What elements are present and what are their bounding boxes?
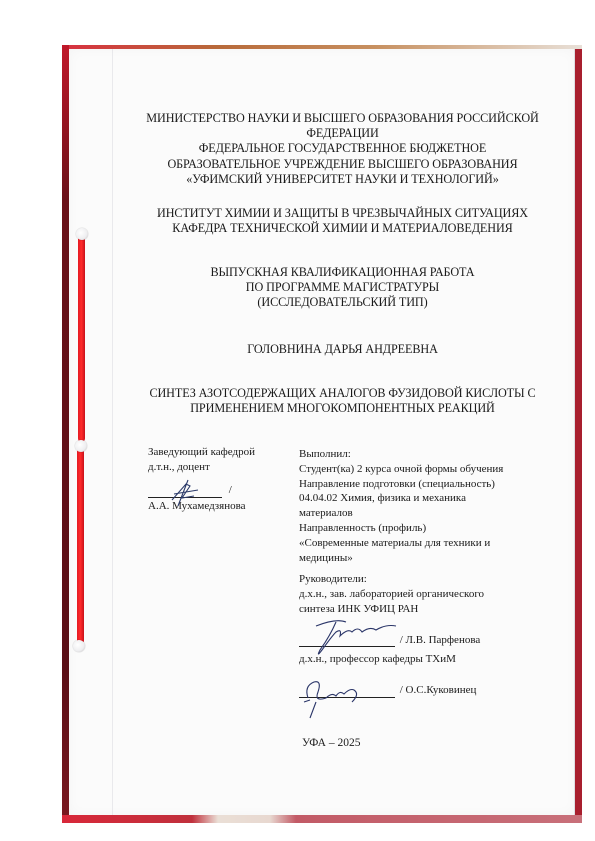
direction-label: Направление подготовки (специальность) (299, 477, 503, 492)
city-year: УФА – 2025 (280, 737, 402, 749)
thesis-title-line-1: СИНТЕЗ АЗОТСОДЕРЖАЩИХ АНАЛОГОВ ФУЗИДОВОЙ… (130, 386, 555, 401)
performer-label: Выполнил: (299, 447, 503, 462)
work-type-line-3: (ИССЛЕДОВАТЕЛЬСКИЙ ТИП) (130, 295, 555, 310)
binding-hole-top (76, 228, 88, 240)
thesis-title: СИНТЕЗ АЗОТСОДЕРЖАЩИХ АНАЛОГОВ ФУЗИДОВОЙ… (130, 386, 555, 416)
head-degree: д.т.н., доцент (148, 460, 255, 475)
binding-hole-bottom (73, 640, 85, 652)
profile-line-2: медицины» (299, 551, 503, 566)
thesis-title-line-2: ПРИМЕНЕНИЕМ МНОГОКОМПОНЕНТНЫХ РЕАКЦИЙ (130, 401, 555, 416)
direction-line-2: материалов (299, 506, 503, 521)
paper-right-edge (574, 49, 575, 815)
supervisor-2-signature-mark (296, 672, 376, 722)
head-role: Заведующий кафедрой (148, 445, 255, 460)
direction-line-1: 04.04.02 Химия, физика и механика (299, 491, 503, 506)
work-type-block: ВЫПУСКНАЯ КВАЛИФИКАЦИОННАЯ РАБОТА ПО ПРО… (130, 265, 555, 311)
folder-spine (62, 45, 69, 823)
ministry-line-2: ФЕДЕРАЦИИ (130, 126, 555, 141)
institution-line-1: ФЕДЕРАЛЬНОЕ ГОСУДАРСТВЕННОЕ БЮДЖЕТНОЕ (130, 141, 555, 156)
performer-student: Студент(ка) 2 курса очной формы обучения (299, 462, 503, 477)
profile-label: Направленность (профиль) (299, 521, 503, 536)
binding-cord-lower (77, 448, 84, 644)
profile-line-1: «Современные материалы для техники и (299, 536, 503, 551)
author-name: ГОЛОВНИНА ДАРЬЯ АНДРЕЕВНА (130, 342, 555, 357)
binding-hole-middle (75, 440, 87, 452)
chair-name: КАФЕДРА ТЕХНИЧЕСКОЙ ХИМИИ И МАТЕРИАЛОВЕД… (130, 221, 555, 236)
institution-line-2: ОБРАЗОВАТЕЛЬНОЕ УЧРЕЖДЕНИЕ ВЫСШЕГО ОБРАЗ… (130, 157, 555, 172)
head-signature-mark (164, 476, 224, 510)
work-type-line-1: ВЫПУСКНАЯ КВАЛИФИКАЦИОННАЯ РАБОТА (130, 265, 555, 280)
author-full-name: ГОЛОВНИНА ДАРЬЯ АНДРЕЕВНА (130, 342, 555, 357)
ministry-header: МИНИСТЕРСТВО НАУКИ И ВЫСШЕГО ОБРАЗОВАНИЯ… (130, 111, 555, 187)
supervisor-1-position-line-1: д.х.н., зав. лабораторией органического (299, 587, 484, 602)
supervisors-label: Руководители: (299, 572, 484, 587)
plastic-sleeve-edge (112, 49, 113, 815)
institute-name: ИНСТИТУТ ХИМИИ И ЗАЩИТЫ В ЧРЕЗВЫЧАЙНЫХ С… (130, 206, 555, 221)
ministry-line-1: МИНИСТЕРСТВО НАУКИ И ВЫСШЕГО ОБРАЗОВАНИЯ… (130, 111, 555, 126)
department-block: ИНСТИТУТ ХИМИИ И ЗАЩИТЫ В ЧРЕЗВЫЧАЙНЫХ С… (130, 206, 555, 236)
folder-bottom-edge (62, 815, 582, 823)
head-signature-slash: / (229, 484, 232, 496)
work-type-line-2: ПО ПРОГРАММЕ МАГИСТРАТУРЫ (130, 280, 555, 295)
university-name: «УФИМСКИЙ УНИВЕРСИТЕТ НАУКИ И ТЕХНОЛОГИЙ… (130, 172, 555, 187)
performer-block: Выполнил: Студент(ка) 2 курса очной форм… (299, 447, 503, 565)
supervisor-2-name: / О.С.Куковинец (400, 684, 477, 696)
binding-cord-upper (78, 236, 85, 442)
supervisor-1-signature-mark (306, 614, 416, 664)
